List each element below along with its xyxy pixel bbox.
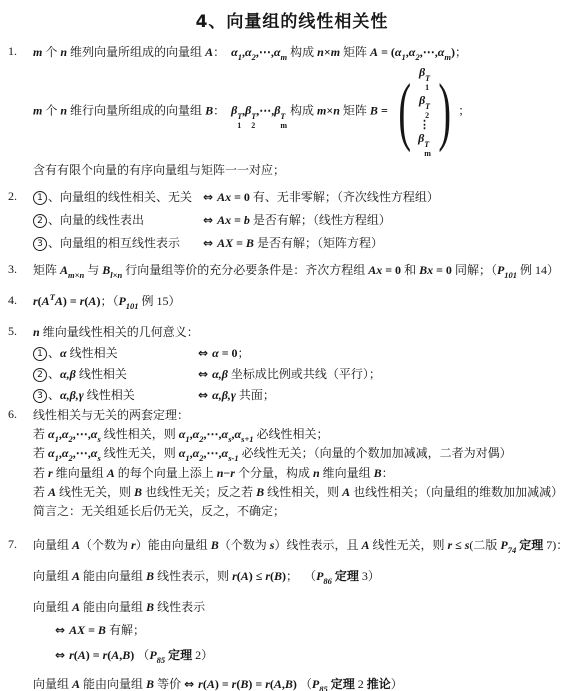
math-symbol: α2 [62,446,73,460]
math-symbol: A [342,485,350,499]
bold-text: 推论 [367,677,391,691]
text: 、 [48,367,60,381]
bold-text: 定理 [519,538,543,552]
text: 向量组 [33,677,72,691]
text: 构成 [287,45,317,59]
text: 、 [48,388,60,402]
math-symbol: B [256,485,264,499]
text: 与 [84,263,102,277]
math-symbol: βT1 [419,65,430,79]
math-operator: ,⋯, [73,427,91,441]
math-symbol: B [146,569,154,583]
text: (二版 [469,538,500,552]
text: 、向量的线性表出 [48,213,144,227]
doc-line: m 个 n 维列向量所组成的向量组 A： α1,α2,⋯,αm 构成 n×m 矩… [33,44,578,62]
iff-arrow: ⇔ [198,367,208,381]
text: 线性相关 [76,367,127,381]
text: 有、无非零解；（齐次线性方程组） [250,190,439,204]
doc-line: n 维向量线性相关的几何意义： [33,324,578,341]
math-symbol: B [374,466,382,480]
text: 线性相关与无关的两套定理： [33,408,189,422]
bold-text: 定理 [168,648,192,662]
text: 线性表示，则 [154,569,232,583]
text: （ [297,677,312,691]
text: 行向量组等价的充分必要条件是：齐次方程组 [122,263,368,277]
math-symbol: Bl×n [102,263,122,277]
math-symbol: α1 [48,427,59,441]
item-number: 2. [6,189,33,204]
text: ： [382,466,394,480]
text: 线性无关，则 [101,446,179,460]
circled-number: 2 [33,214,47,228]
circled-number: 1 [33,347,47,361]
math-symbol: αs [91,446,101,460]
math-symbol: αs+1 [235,427,254,441]
doc-line: 若 α1,α2,⋯,αs 线性相关，则 α1,α2,⋯,αs,αs+1 必线性相… [33,426,578,444]
text: 是否有解；（矩阵方程） [254,236,383,250]
doc-line: 2、α,β 线性相关⇔α,β 坐标成比例或共线（平行）； [33,366,578,383]
math-symbol: α2 [193,446,204,460]
text: 的每个向量上添上 [115,466,217,480]
math-symbol: A [72,677,80,691]
label-column: 1、α 线性相关 [33,345,198,362]
math-operator: = [378,103,391,117]
item-content: n 维向量线性相关的几何意义：1、α 线性相关⇔α = 0；2、α,β 线性相关… [33,324,578,404]
list-item: 4.r(ATA) = r(A)；（P101 例 15） [6,293,578,311]
text: （ [134,648,149,662]
text: （个数为 [80,538,131,552]
math-symbol: B [146,600,154,614]
list-item: 7.向量组 A（个数为 r）能由向量组 B（个数为 s）线性表示，且 A 线性无… [6,537,578,691]
document-page: 4、向量组的线性相关性 1.m 个 n 维列向量所组成的向量组 A： α1,α2… [0,7,584,691]
list-item: 2.1、向量组的线性相关、无关⇔Ax = 0 有、无非零解；（齐次线性方程组）2… [6,189,578,252]
math-symbol: B [205,103,213,117]
math-symbol: Ax [217,190,231,204]
math-symbol: αs [91,427,101,441]
math-symbol: βT2 [245,103,256,117]
doc-line: r(ATA) = r(A)；（P101 例 15） [33,293,578,311]
math-operator: ) ≤ [249,569,266,583]
iff-arrow: ⇔ [55,648,65,662]
text: ： [213,45,231,59]
text: 简言之：无关组延长后仍无关，反之，不确定； [33,504,285,518]
math-symbol: A [48,485,56,499]
math-symbol: Am×n [60,263,84,277]
math-symbol: m [33,45,42,59]
math-operator: ,⋯, [256,103,274,117]
math-symbol: B [146,677,154,691]
math-symbol: n [317,45,324,59]
math-operator: ,⋯, [420,45,438,59]
math-symbol: α,β,γ [60,388,84,402]
matrix-row: βTm [418,130,431,158]
math-operator: = [233,236,246,250]
text: 维行向量所组成的向量组 [67,103,205,117]
math-symbol: n [33,325,40,339]
math-symbol: P86 [316,569,332,583]
item-content: 1、向量组的线性相关、无关⇔Ax = 0 有、无非零解；（齐次线性方程组）2、向… [33,189,578,252]
list-item: 5.n 维向量线性相关的几何意义：1、α 线性相关⇔α = 0；2、α,β 线性… [6,324,578,404]
math-symbol: n [333,103,340,117]
math-symbol: m [331,45,340,59]
doc-body: 1.m 个 n 维列向量所组成的向量组 A： α1,α2,⋯,αm 构成 n×m… [6,44,578,691]
list-item: 1.m 个 n 维列向量所组成的向量组 A： α1,α2,⋯,αm 构成 n×m… [6,44,578,179]
math-operator: ≤ [452,538,465,552]
label-column: 1、向量组的线性相关、无关 [33,189,203,206]
iff-arrow: ⇔ [203,190,213,204]
right-paren: ) [438,73,451,149]
circled-number: 1 [33,191,47,205]
math-symbol: AT [42,294,55,308]
text: 也线性无关；反之若 [142,485,256,499]
text: ）线性表示，且 [274,538,361,552]
iff-arrow: ⇔ [55,623,65,637]
text: 有解； [106,623,145,637]
text: 线性相关，则 [101,427,179,441]
math-operator: = 0 [433,263,452,277]
math-symbol: A [205,45,213,59]
text: 共面； [236,388,275,402]
iff-arrow: ⇔ [203,236,213,250]
doc-line: 线性相关与无关的两套定理： [33,407,578,424]
text: 和 [401,263,419,277]
item-number: 4. [6,293,33,308]
math-symbol: Ax [217,213,231,227]
text: 2 [355,677,367,691]
text: ） [391,677,403,691]
math-symbol: α,β [60,367,76,381]
math-symbol: B [98,623,106,637]
label-column: 2、α,β 线性相关 [33,366,198,383]
doc-line: 向量组 A 能由向量组 B 线性表示，则 r(A) ≤ r(B)； （P86 定… [33,568,578,586]
math-symbol: P101 [118,294,138,308]
text: 也线性相关；（向量组的维数加加减减） [350,485,563,499]
math-symbol: P101 [497,263,517,277]
math-symbol: αm [274,45,287,59]
sup-sub-stack: T1 [425,74,430,92]
doc-line: 简言之：无关组延长后仍无关，反之，不确定； [33,503,578,520]
text: 例 15） [139,294,181,308]
math-symbol: A [78,648,86,662]
math-operator: ,⋯, [256,45,274,59]
label-column: 3、向量组的相互线性表示 [33,235,203,252]
math-operator: = [231,213,244,227]
iff-arrow: ⇔ [203,213,213,227]
text: 个分量，构成 [235,466,313,480]
math-symbol: α1 [231,45,242,59]
math-symbol: A [72,600,80,614]
math-operator: ) = [248,677,265,691]
doc-line: 含有有限个向量的有序向量组与矩阵一一对应； [33,162,578,179]
text: 7)： [543,538,568,552]
text: ； （ [286,569,316,583]
doc-line: 1、α 线性相关⇔α = 0； [33,345,578,362]
left-paren: ( [398,73,411,149]
text: 能由向量组 [80,600,146,614]
text: 线性相关 [67,346,118,360]
text: 若 [33,446,48,460]
math-symbol: α,β [212,367,228,381]
math-symbol: B [370,103,378,117]
item-content: m 个 n 维列向量所组成的向量组 A： α1,α2,⋯,αm 构成 n×m 矩… [33,44,578,179]
math-operator: ) = [86,648,103,662]
text: 线性无关，则 [56,485,134,499]
math-symbol: βT2 [419,93,430,107]
math-symbol: A [55,294,63,308]
math-symbol: α1 [48,446,59,460]
text: 线性表示 [154,600,205,614]
math-symbol: P85 [149,648,165,662]
doc-line: 向量组 A（个数为 r）能由向量组 B（个数为 s）线性表示，且 A 线性无关，… [33,537,578,555]
math-symbol: α,β,γ [212,388,236,402]
text: 个 [42,103,60,117]
iff-arrow: ⇔ [184,677,194,691]
text: 3） [359,569,380,583]
text: 含有有限个向量的有序向量组与矩阵一一对应； [33,163,285,177]
math-symbol: αs [222,427,232,441]
math-symbol: αs-1 [222,446,239,460]
doc-line: m 个 n 维行向量所组成的向量组 B： βT1,βT2,⋯,βTm 构成 m×… [33,64,578,159]
item-number: 5. [6,324,33,339]
iff-arrow: ⇔ [198,346,208,360]
text: 若 [33,466,48,480]
text: 矩阵 [340,103,370,117]
text: 能由向量组 [80,569,146,583]
item-content: 线性相关与无关的两套定理：若 α1,α2,⋯,αs 线性相关，则 α1,α2,⋯… [33,407,578,520]
math-symbol: B [285,677,293,691]
text: 能由向量组 [80,677,146,691]
circled-number: 3 [33,237,47,251]
math-symbol: Bx [419,263,433,277]
list-item: 6.线性相关与无关的两套定理：若 α1,α2,⋯,αs 线性相关，则 α1,α2… [6,407,578,520]
math-symbol: m [33,103,42,117]
text: 线性相关，则 [264,485,342,499]
text: 若 [33,427,48,441]
text: 、 [48,346,60,360]
math-symbol: αm [438,45,451,59]
doc-line: ⇔AX = B 有解； [33,622,578,639]
circled-number: 2 [33,368,47,382]
math-symbol: α2 [193,427,204,441]
math-symbol: α1 [179,427,190,441]
sup-sub-stack: Tm [280,112,287,130]
math-symbol: B [274,569,282,583]
doc-line: 矩阵 Am×n 与 Bl×n 行向量组等价的充分必要条件是：齐次方程组 Ax =… [33,262,578,280]
text: 若 [33,485,48,499]
text: 线性无关，则 [369,538,447,552]
column-matrix: (βT1βT2⋮βTm) [392,64,457,159]
page-title: 4、向量组的线性相关性 [6,7,578,32]
math-symbol: B [211,538,219,552]
text: 维列向量所组成的向量组 [67,45,205,59]
math-symbol: α2 [245,45,256,59]
doc-line: 3、向量组的相互线性表示⇔AX = B 是否有解；（矩阵方程） [33,235,578,252]
text: 、向量组的线性相关、无关 [48,190,192,204]
item-number: 7. [6,537,33,552]
math-symbol: α1 [179,446,190,460]
text: 必线性无关；（向量的个数加加减减，二者为对偶） [239,446,512,460]
text: ； [455,45,467,59]
text: 构成 [287,103,317,117]
math-symbol: P74 [500,538,516,552]
math-symbol: B [246,236,254,250]
math-symbol: α2 [62,427,73,441]
text: 维向量线性相关的几何意义： [40,325,199,339]
item-number: 6. [6,407,33,422]
text: 矩阵 [33,263,60,277]
doc-line: 1、向量组的线性相关、无关⇔Ax = 0 有、无非零解；（齐次线性方程组） [33,189,578,206]
circled-number: 3 [33,389,47,403]
item-content: 向量组 A（个数为 r）能由向量组 B（个数为 s）线性表示，且 A 线性无关，… [33,537,578,691]
text: ； [458,103,470,117]
math-operator: ,⋯, [73,446,91,460]
text: 线性相关 [84,388,135,402]
math-symbol: α [212,346,219,360]
text: 必线性相关； [254,427,329,441]
math-operator: ) = [215,677,232,691]
text: 向量组 [33,538,72,552]
text: 维向量组 [53,466,107,480]
bold-text: 定理 [335,569,359,583]
math-symbol: α1 [395,45,406,59]
math-symbol: n [313,466,320,480]
iff-arrow: ⇔ [198,388,208,402]
doc-line: 向量组 A 能由向量组 B 线性表示 [33,599,578,616]
math-symbol: B [134,485,142,499]
text: 同解；（ [452,263,497,277]
item-number: 1. [6,44,33,59]
list-item: 3.矩阵 Am×n 与 Bl×n 行向量组等价的充分必要条件是：齐次方程组 Ax… [6,262,578,280]
math-symbol: AX [217,236,233,250]
math-operator: × [324,45,331,59]
math-symbol: A [207,677,215,691]
doc-line: 若 A 线性无关，则 B 也线性无关；反之若 B 线性相关，则 A 也线性相关；… [33,484,578,501]
math-symbol: A [370,45,378,59]
math-operator: = ( [378,45,395,59]
sup-sub-stack: Tm [424,140,431,158]
math-symbol: α2 [409,45,420,59]
math-symbol: A [107,466,115,480]
text: 、向量组的相互线性表示 [48,236,180,250]
math-symbol: Ax [368,263,382,277]
item-number: 3. [6,262,33,277]
label-column: 2、向量的线性表出 [33,212,203,229]
text: ；（ [100,294,118,308]
math-operator: ) = [63,294,80,308]
math-symbol: m [317,103,326,117]
doc-line: 2、向量的线性表出⇔Ax = b 是否有解；（线性方程组） [33,212,578,229]
math-operator: = [85,623,98,637]
doc-line: 向量组 A 能由向量组 B 等价 ⇔r(A) = r(B) = r(A,B) （… [33,676,578,691]
label-column: 3、α,β,γ 线性相关 [33,387,198,404]
text: 矩阵 [340,45,370,59]
doc-line: 若 r 维向量组 A 的每个向量上添上 n−r 个分量，构成 n 维向量组 B： [33,465,578,482]
matrix-row: βT2 [419,92,430,120]
math-symbol: A [72,569,80,583]
text: 向量组 [33,569,72,583]
math-symbol: βT1 [231,103,242,117]
math-symbol: A [72,538,80,552]
math-operator: = 0 [231,190,250,204]
matrix-row: βT1 [419,64,430,92]
text: 向量组 [33,600,72,614]
text: ）能由向量组 [136,538,211,552]
math-operator: ,⋯, [204,446,222,460]
text: 2） [192,648,213,662]
text: 是否有解；（线性方程组） [250,213,391,227]
math-symbol: βTm [274,103,287,117]
math-symbol: α [60,346,67,360]
text: （个数为 [219,538,270,552]
doc-line: 若 α1,α2,⋯,αs 线性无关，则 α1,α2,⋯,αs-1 必线性无关；（… [33,445,578,463]
vertical-dots: ⋮ [419,120,430,130]
math-symbol: βTm [418,131,431,145]
text: 维向量组 [320,466,374,480]
math-operator: = 0 [219,346,238,360]
bold-text: 定理 [331,677,355,691]
text: 个 [42,45,60,59]
item-content: r(ATA) = r(A)；（P101 例 15） [33,293,578,311]
math-symbol: A [241,569,249,583]
item-content: 矩阵 Am×n 与 Bl×n 行向量组等价的充分必要条件是：齐次方程组 Ax =… [33,262,578,280]
doc-line: ⇔r(A) = r(A,B) （P85 定理 2） [33,647,578,665]
text: ： [213,103,231,117]
sup-sub-stack: T2 [425,102,430,120]
text: ； [238,346,250,360]
math-operator: ,⋯, [204,427,222,441]
math-symbol: P85 [312,677,328,691]
math-operator: = 0 [382,263,401,277]
matrix-entries: βT1βT2⋮βTm [417,64,432,159]
math-symbol: AX [69,623,85,637]
doc-line: 3、α,β,γ 线性相关⇔α,β,γ 共面； [33,387,578,404]
text: 坐标成比例或共线（平行）； [228,367,381,381]
math-symbol: A [274,677,282,691]
text: 例 14） [517,263,559,277]
text: 等价 [154,677,184,691]
